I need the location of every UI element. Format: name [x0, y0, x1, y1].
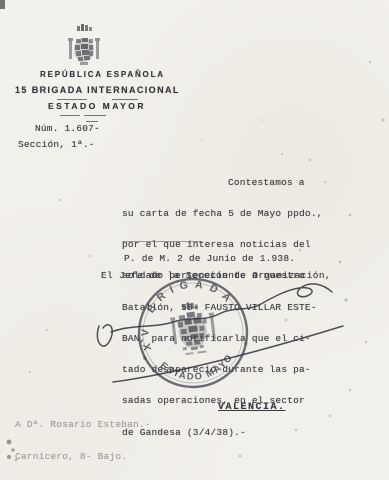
republic-crest-icon	[60, 23, 108, 71]
letterhead-dash	[60, 115, 80, 116]
typewriter-artifact-line	[122, 241, 202, 242]
document-section: Sección, 1ª.-	[18, 139, 95, 150]
letterhead-brigade: 15 BRIGADA INTERNACIONAL	[15, 85, 180, 95]
stamp-crest-icon	[168, 299, 218, 356]
scan-corner-mark	[0, 0, 5, 9]
letterhead-dash	[84, 115, 106, 116]
dateline: P. de M. 2 de Junio de 1.938.	[124, 253, 295, 264]
body-line: su carta de fecha 5 de Mayo ppdo.,	[122, 209, 323, 219]
body-opening: Contestamos a	[122, 178, 323, 188]
document-number: Núm. 1.607-	[35, 123, 100, 134]
body-line: de Gandesa (3/4/38).-	[122, 428, 323, 438]
address-line: A Dª. Rosario Esteban.-	[15, 420, 151, 431]
brigade-stamp: XV BRIGADA ESTADO MAYOR	[85, 270, 355, 395]
letterhead-republic: REPÚBLICA ESPAÑOLA	[40, 70, 165, 79]
recipient-address: A Dª. Rosario Esteban.- Carnicero, 8- Ba…	[15, 399, 151, 480]
scanned-letter-page: REPÚBLICA ESPAÑOLA 15 BRIGADA INTERNACIO…	[0, 0, 389, 480]
letterhead-staff: ESTADO MAYOR	[48, 101, 146, 111]
address-city: VALENCIA.	[218, 402, 286, 413]
letterhead-dash	[112, 99, 138, 100]
letterhead-dash	[57, 99, 87, 100]
address-line: Carnicero, 8- Bajo.	[15, 452, 151, 463]
stamp-group: XV BRIGADA ESTADO MAYOR	[85, 270, 253, 395]
